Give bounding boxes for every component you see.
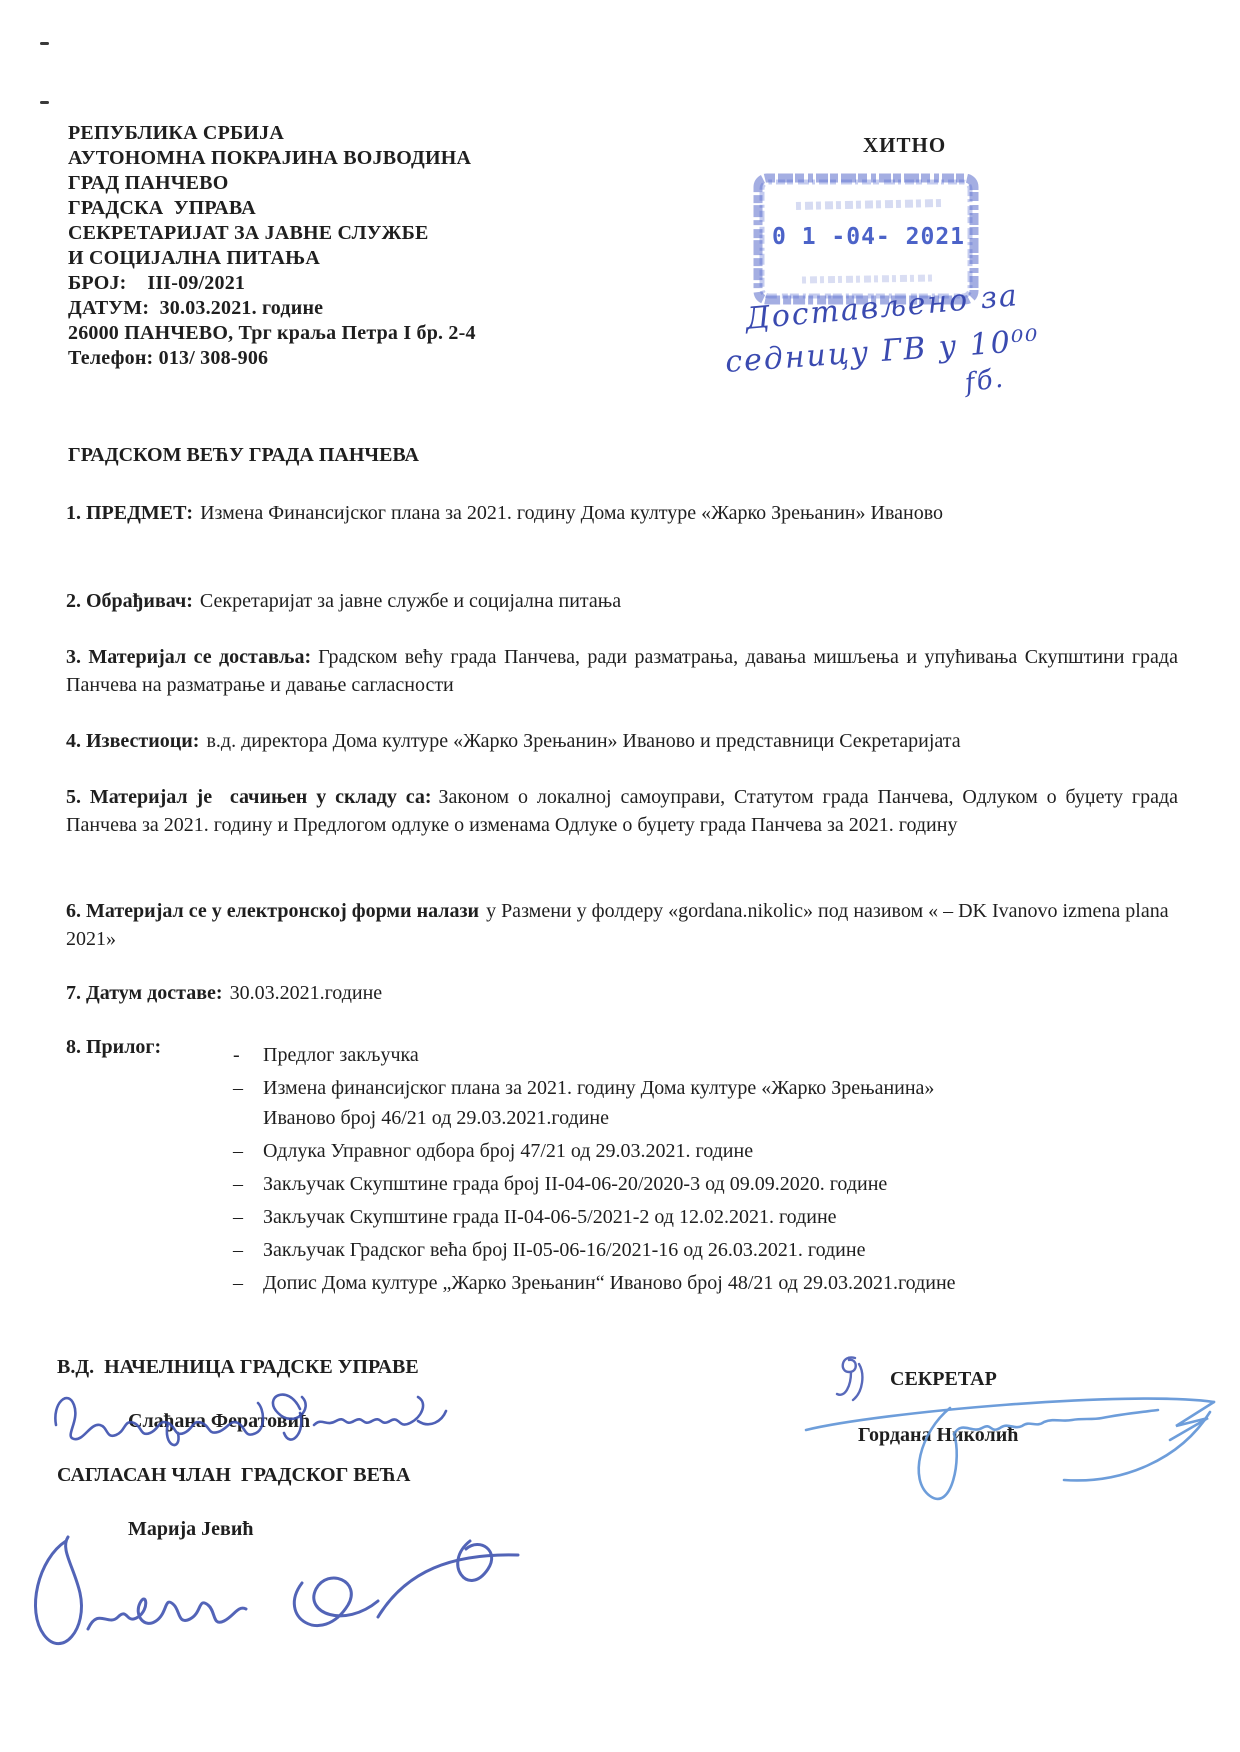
section-obradjivac-text: Секретаријат за јавне службе и социјална… <box>200 590 621 612</box>
section-predmet-label: 1. ПРЕДМЕТ: <box>66 502 193 524</box>
letterhead-line: ГРАД ПАНЧЕВО <box>68 171 476 196</box>
section-elektronska-forma-label: 6. Материјал се у електронској форми нал… <box>66 900 479 922</box>
section-sklad: 5. Материјал је сачињен у складу са:Зако… <box>66 784 1178 839</box>
letterhead-line: АУТОНОМНА ПОКРАЈИНА ВОЈВОДИНА <box>68 146 476 171</box>
scan-mark <box>40 42 49 45</box>
section-obradjivac: 2. Обрађивач:Секретаријат за јавне служб… <box>66 588 1178 616</box>
dash-marker: - <box>233 1040 263 1070</box>
scan-mark <box>40 101 49 104</box>
section-izvestioci: 4. Известиоци:в.д. директора Дома култур… <box>66 728 1178 756</box>
section-predmet-text: Измена Финансијског плана за 2021. годин… <box>200 502 943 524</box>
section-sklad-label: 5. Материјал је сачињен у складу са: <box>66 786 432 808</box>
letterhead-line: СЕКРЕТАРИЈАТ ЗА ЈАВНЕ СЛУЖБЕ <box>68 221 476 246</box>
prilog-item: –Одлука Управног одбора број 47/21 од 29… <box>233 1136 995 1166</box>
prilog-item-text: Допис Дома културе „Жарко Зрењанин“ Иван… <box>263 1268 956 1298</box>
dash-marker: – <box>233 1073 263 1133</box>
scanned-document-page: РЕПУБЛИКА СРБИЈА АУТОНОМНА ПОКРАЈИНА ВОЈ… <box>0 0 1240 1752</box>
document-number: БРОЈ: III-09/2021 <box>68 271 476 296</box>
dash-marker: – <box>233 1136 263 1166</box>
stamp-date: 0 1 -04- 2021 <box>772 224 962 250</box>
prilog-item: –Закључак Градског већа број II-05-06-16… <box>233 1235 995 1265</box>
stamp-handwriting-initials: fб. <box>963 363 1007 398</box>
sladjana-signature <box>50 1375 450 1470</box>
prilog-item: –Допис Дома културе „Жарко Зрењанин“ Ива… <box>233 1268 995 1298</box>
prilog-item: -Предлог закључка <box>233 1040 995 1070</box>
urgent-label: ХИТНО <box>863 133 946 158</box>
prilog-item-text: Закључак Скупштине града II-04-06-5/2021… <box>263 1202 837 1232</box>
section-datum-dostave: 7. Датум доставе:30.03.2021.године <box>66 980 1178 1008</box>
prilog-label: 8. Прилог: <box>66 1036 161 1059</box>
prilog-item: –Измена финансијског плана за 2021. годи… <box>233 1073 995 1133</box>
section-datum-dostave-label: 7. Датум доставе: <box>66 982 223 1004</box>
dash-marker: – <box>233 1235 263 1265</box>
dash-marker: – <box>233 1169 263 1199</box>
section-datum-dostave-text: 30.03.2021.године <box>230 982 383 1004</box>
marija-signature <box>22 1525 522 1705</box>
council-member-title: САГЛАСАН ЧЛАН ГРАДСКОГ ВЕЋА <box>57 1464 410 1487</box>
prilog-item-text: Предлог закључка <box>263 1040 419 1070</box>
section-predmet: 1. ПРЕДМЕТ:Измена Финансијског плана за … <box>66 500 961 528</box>
section-izvestioci-label: 4. Известиоци: <box>66 730 199 752</box>
dash-marker: – <box>233 1202 263 1232</box>
recipient-line: ГРАДСКОМ ВЕЋУ ГРАДА ПАНЧЕВА <box>68 444 419 467</box>
prilog-item: –Закључак Скупштине града број II-04-06-… <box>233 1169 995 1199</box>
letterhead: РЕПУБЛИКА СРБИЈА АУТОНОМНА ПОКРАЈИНА ВОЈ… <box>68 121 476 371</box>
prilog-item: –Закључак Скупштине града II-04-06-5/202… <box>233 1202 995 1232</box>
prilog-item-text: Одлука Управног одбора број 47/21 од 29.… <box>263 1136 753 1166</box>
prilog-item-text: Закључак Градског већа број II-05-06-16/… <box>263 1235 865 1265</box>
letterhead-line: РЕПУБЛИКА СРБИЈА <box>68 121 476 146</box>
prilog-item-text: Закључак Скупштине града број II-04-06-2… <box>263 1169 887 1199</box>
prilog-item-text: Измена финансијског плана за 2021. годин… <box>263 1073 995 1133</box>
section-elektronska-forma: 6. Материјал се у електронској форми нал… <box>66 898 1178 953</box>
section-izvestioci-text: в.д. директора Дома културе «Жарко Зрења… <box>206 730 960 752</box>
address-line: 26000 ПАНЧЕВО, Трг краља Петра I бр. 2-4 <box>68 321 476 346</box>
phone-line: Телефон: 013/ 308-906 <box>68 346 476 371</box>
prilog-list: -Предлог закључка –Измена финансијског п… <box>233 1040 995 1301</box>
section-obradjivac-label: 2. Обрађивач: <box>66 590 193 612</box>
section-dostavlja-label: 3. Материјал се доставља: <box>66 646 311 668</box>
document-date: ДАТУМ: 30.03.2021. године <box>68 296 476 321</box>
gordana-signature <box>800 1382 1220 1522</box>
dash-marker: – <box>233 1268 263 1298</box>
letterhead-line: И СОЦИЈАЛНА ПИТАЊА <box>68 246 476 271</box>
letterhead-line: ГРАДСКА УПРАВА <box>68 196 476 221</box>
section-dostavlja: 3. Материјал се доставља:Градском већу г… <box>66 644 1178 699</box>
